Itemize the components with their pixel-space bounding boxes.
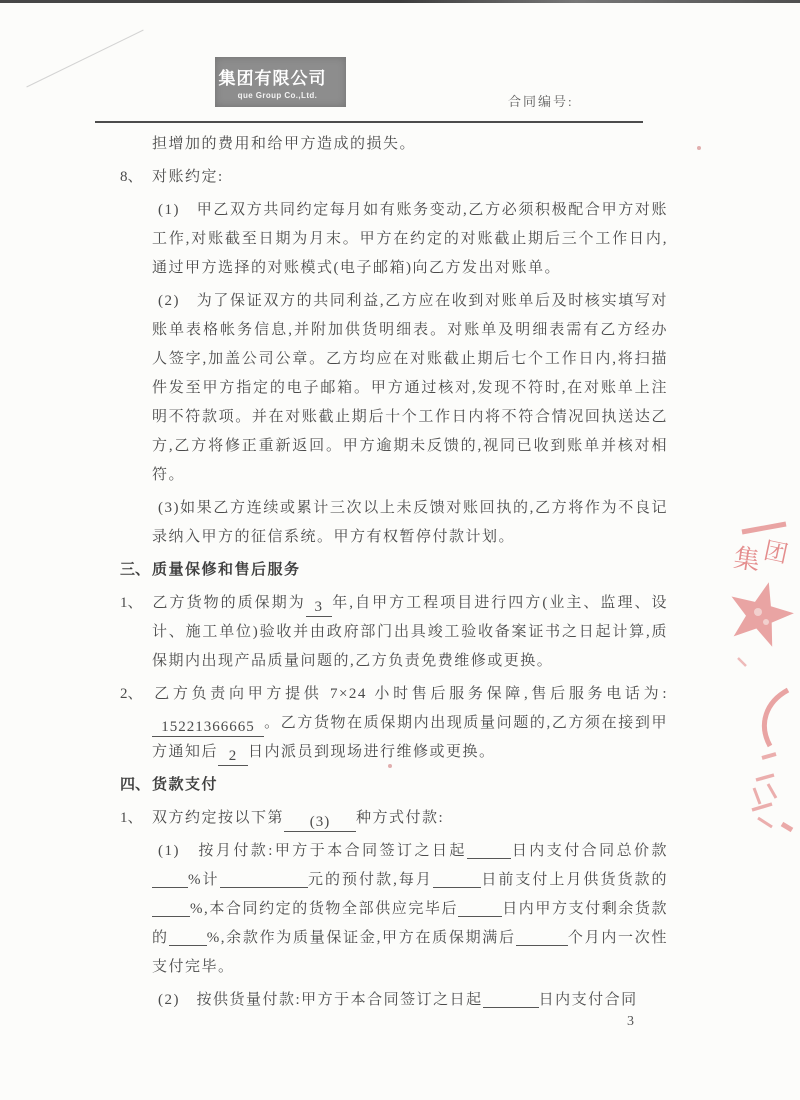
clause-4-1-1: (1) 按月付款:甲方于本合同签订之日起日内支付合同总价款%计元的预付款,每月日… <box>120 837 668 982</box>
clause-4-1: 1、双方约定按以下第(3)种方式付款: <box>120 804 668 833</box>
clause-4-1-1-seg-2: %计 <box>188 872 220 888</box>
section-3-heading: 三、质量保修和售后服务 <box>120 556 668 585</box>
prepay-days-blank <box>467 840 511 859</box>
remaining-percent-blank <box>169 927 207 946</box>
section-3-number: 三、 <box>120 556 152 585</box>
header-divider <box>95 121 643 123</box>
seal-star <box>732 582 794 647</box>
clause-3-2-post: 日内派员到现场进行维修或更换。 <box>248 744 496 760</box>
clause-4-1-post: 种方式付款: <box>356 810 444 826</box>
clause-4-1-1-seg-4: 日前支付上月供货货款的 <box>481 872 668 888</box>
clause-4-1-2-post: 日内支付合同 <box>539 992 638 1008</box>
final-days-blank <box>458 898 502 917</box>
clause-3-2-number: 2、 <box>120 680 152 709</box>
section-4-title: 货款支付 <box>152 777 218 793</box>
warranty-years-value: 3 <box>315 599 324 615</box>
section-3-title: 质量保修和售后服务 <box>152 562 301 578</box>
clause-8-1: (1) 甲乙双方共同约定每月如有账务变动,乙方必须积极配合甲方对账工作,对账截至… <box>120 196 668 283</box>
page-number: 3 <box>627 1014 634 1030</box>
section-4-number: 四、 <box>120 771 152 800</box>
cross-page-seal: 集 团 <box>722 518 800 838</box>
retention-months-blank <box>516 927 568 946</box>
clause-8-heading: 8、对账约定: <box>120 163 668 192</box>
warranty-years-blank: 3 <box>306 598 332 617</box>
clause-4-1-1-seg-7: %,余款作为质量保证金,甲方在质保期满后 <box>207 930 516 946</box>
monthly-percent-blank <box>152 898 190 917</box>
contract-body: 担增加的费用和给甲方造成的损失。 8、对账约定: (1) 甲乙双方共同约定每月如… <box>120 130 668 1019</box>
service-phone-blank: 15221366665 <box>152 718 264 737</box>
clause-4-1-2: (2) 按供货量付款:甲方于本合同签订之日起日内支付合同 <box>120 986 668 1015</box>
clause-8-2: (2) 为了保证双方的共同利益,乙方应在收到对账单后及时核实填写对账单表格帐务信… <box>120 287 668 490</box>
company-logo-en-text: que Group Co.,Ltd. <box>238 91 318 100</box>
scan-speck <box>697 146 701 150</box>
scan-pencil-mark <box>26 30 143 88</box>
contract-number-label: 合同编号: <box>508 91 574 110</box>
clause-8-3: (3)如果乙方连续或累计三次以上未反馈对账回执的,乙方将作为不良记录纳入甲方的征… <box>120 494 668 552</box>
clause-4-1-pre: 双方约定按以下第 <box>152 810 284 826</box>
clause-4-1-1-seg-1: 日内支付合同总价款 <box>511 843 668 859</box>
company-logo-cn-text: 集团有限公司 <box>219 64 327 89</box>
clause-3-2-pre: 乙方负责向甲方提供 7×24 小时售后服务保障,售后服务电话为: <box>152 686 668 702</box>
clause-4-1-1-seg-0: (1) 按月付款:甲方于本合同签订之日起 <box>158 843 467 859</box>
clause-3-1: 1、乙方货物的质保期为3年,自甲方工程项目进行四方(业主、监理、设计、施工单位)… <box>120 589 668 676</box>
clause-carryover: 担增加的费用和给甲方造成的损失。 <box>120 130 668 159</box>
supply-pay-days-blank <box>483 989 539 1008</box>
section-4-heading: 四、货款支付 <box>120 771 668 800</box>
monthly-day-blank <box>433 869 481 888</box>
seal-marks: 集 团 <box>732 524 794 830</box>
clause-4-1-1-seg-5: %,本合同约定的货物全部供应完毕后 <box>190 901 458 917</box>
clause-3-1-number: 1、 <box>120 589 152 618</box>
clause-4-1-2-pre: (2) 按供货量付款:甲方于本合同签订之日起 <box>158 992 483 1008</box>
clause-8-number: 8、 <box>120 163 152 192</box>
seal-char-1: 集 <box>732 543 762 575</box>
scan-edge-line <box>0 0 800 3</box>
prepay-amount-blank <box>220 869 308 888</box>
clause-3-2: 2、乙方负责向甲方提供 7×24 小时售后服务保障,售后服务电话为:152213… <box>120 680 668 767</box>
seal-char-2: 团 <box>761 537 790 568</box>
scan-speck <box>388 764 392 768</box>
clause-8-title: 对账约定: <box>152 169 224 185</box>
contract-page: 集团有限公司 que Group Co.,Ltd. 合同编号: 担增加的费用和给… <box>0 0 800 1100</box>
service-phone-value: 15221366665 <box>161 719 255 735</box>
response-days-value: 2 <box>229 748 238 764</box>
clause-4-1-number: 1、 <box>120 804 152 833</box>
company-logo: 集团有限公司 que Group Co.,Ltd. <box>215 57 346 107</box>
payment-method-value: (3) <box>310 814 331 830</box>
clause-4-1-1-seg-3: 元的预付款,每月 <box>308 872 433 888</box>
prepay-percent-blank <box>152 869 188 888</box>
clause-3-1-pre: 乙方货物的质保期为 <box>152 595 306 611</box>
payment-method-blank: (3) <box>284 813 356 832</box>
response-days-blank: 2 <box>218 747 248 766</box>
